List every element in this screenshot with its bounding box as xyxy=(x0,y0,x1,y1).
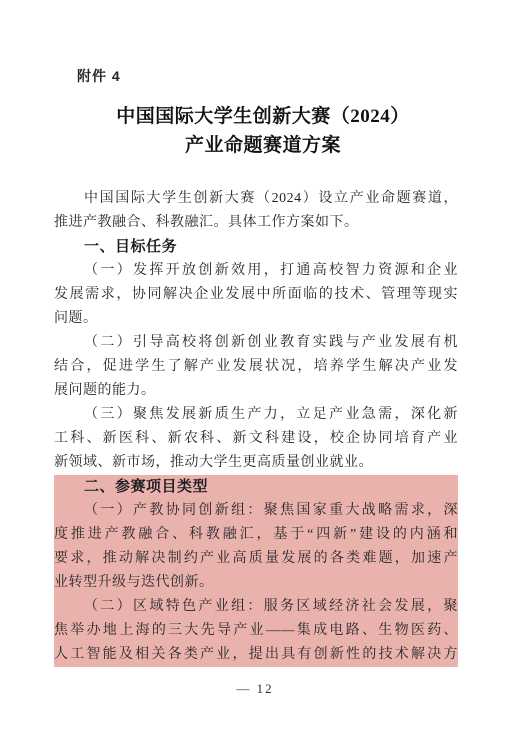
body-text-line: （一）产教协同创新组：聚焦国家重大战略需求，深 xyxy=(54,499,458,523)
body-text-line: 业转型升级与迭代创新。 xyxy=(54,571,458,595)
body-text-line: 问题。 xyxy=(54,307,458,331)
body-text-line: 结合，促进学生了解产业发展状况，培养学生解决产业发 xyxy=(54,355,458,379)
body-text-line: 人工智能及相关各类产业，提出具有创新性的技术解决方 xyxy=(54,643,458,667)
doc-body: 中国国际大学生创新大赛（2024）设立产业命题赛道，推进产教融合、科教融汇。具体… xyxy=(54,187,458,667)
body-text-line: 中国国际大学生创新大赛（2024）设立产业命题赛道， xyxy=(54,187,458,211)
section-heading-line: 二、参赛项目类型 xyxy=(54,475,458,499)
body-text-line: 发展需求，协同解决企业发展中所面临的技术、管理等现实 xyxy=(54,283,458,307)
body-text-line: （一）发挥开放创新效用，打通高校智力资源和企业 xyxy=(54,259,458,283)
section-heading-line: 一、目标任务 xyxy=(54,235,458,259)
body-text-line: （二）引导高校将创新创业教育实践与产业发展有机 xyxy=(54,331,458,355)
doc-title-line-1: 中国国际大学生创新大赛（2024） xyxy=(0,102,526,131)
body-text-line: （二）区域特色产业组：服务区域经济社会发展，聚 xyxy=(54,595,458,619)
doc-title-line-2: 产业命题赛道方案 xyxy=(0,131,526,160)
document-page: 附件 4 中国国际大学生创新大赛（2024） 产业命题赛道方案 中国国际大学生创… xyxy=(0,0,526,747)
body-text-line: 展问题的能力。 xyxy=(54,379,458,403)
body-text-line: 推进产教融合、科教融汇。具体工作方案如下。 xyxy=(54,211,458,235)
body-text-line: 要求，推动解决制约产业高质量发展的各类难题，加速产 xyxy=(54,547,458,571)
body-text-line: 新领域、新市场，推动大学生更高质量创业就业。 xyxy=(54,451,458,475)
body-text-line: 工科、新医科、新农科、新文科建设，校企协同培育产业 xyxy=(54,427,458,451)
doc-title: 中国国际大学生创新大赛（2024） 产业命题赛道方案 xyxy=(0,102,526,160)
attachment-label: 附件 4 xyxy=(77,66,121,86)
body-text-line: 焦举办地上海的三大先导产业——集成电路、生物医药、 xyxy=(54,619,458,643)
page-number: — 12 xyxy=(0,681,510,697)
body-text-line: （三）聚焦发展新质生产力，立足产业急需，深化新 xyxy=(54,403,458,427)
body-text-line: 度推进产教融合、科教融汇，基于“四新”建设的内涵和 xyxy=(54,523,458,547)
